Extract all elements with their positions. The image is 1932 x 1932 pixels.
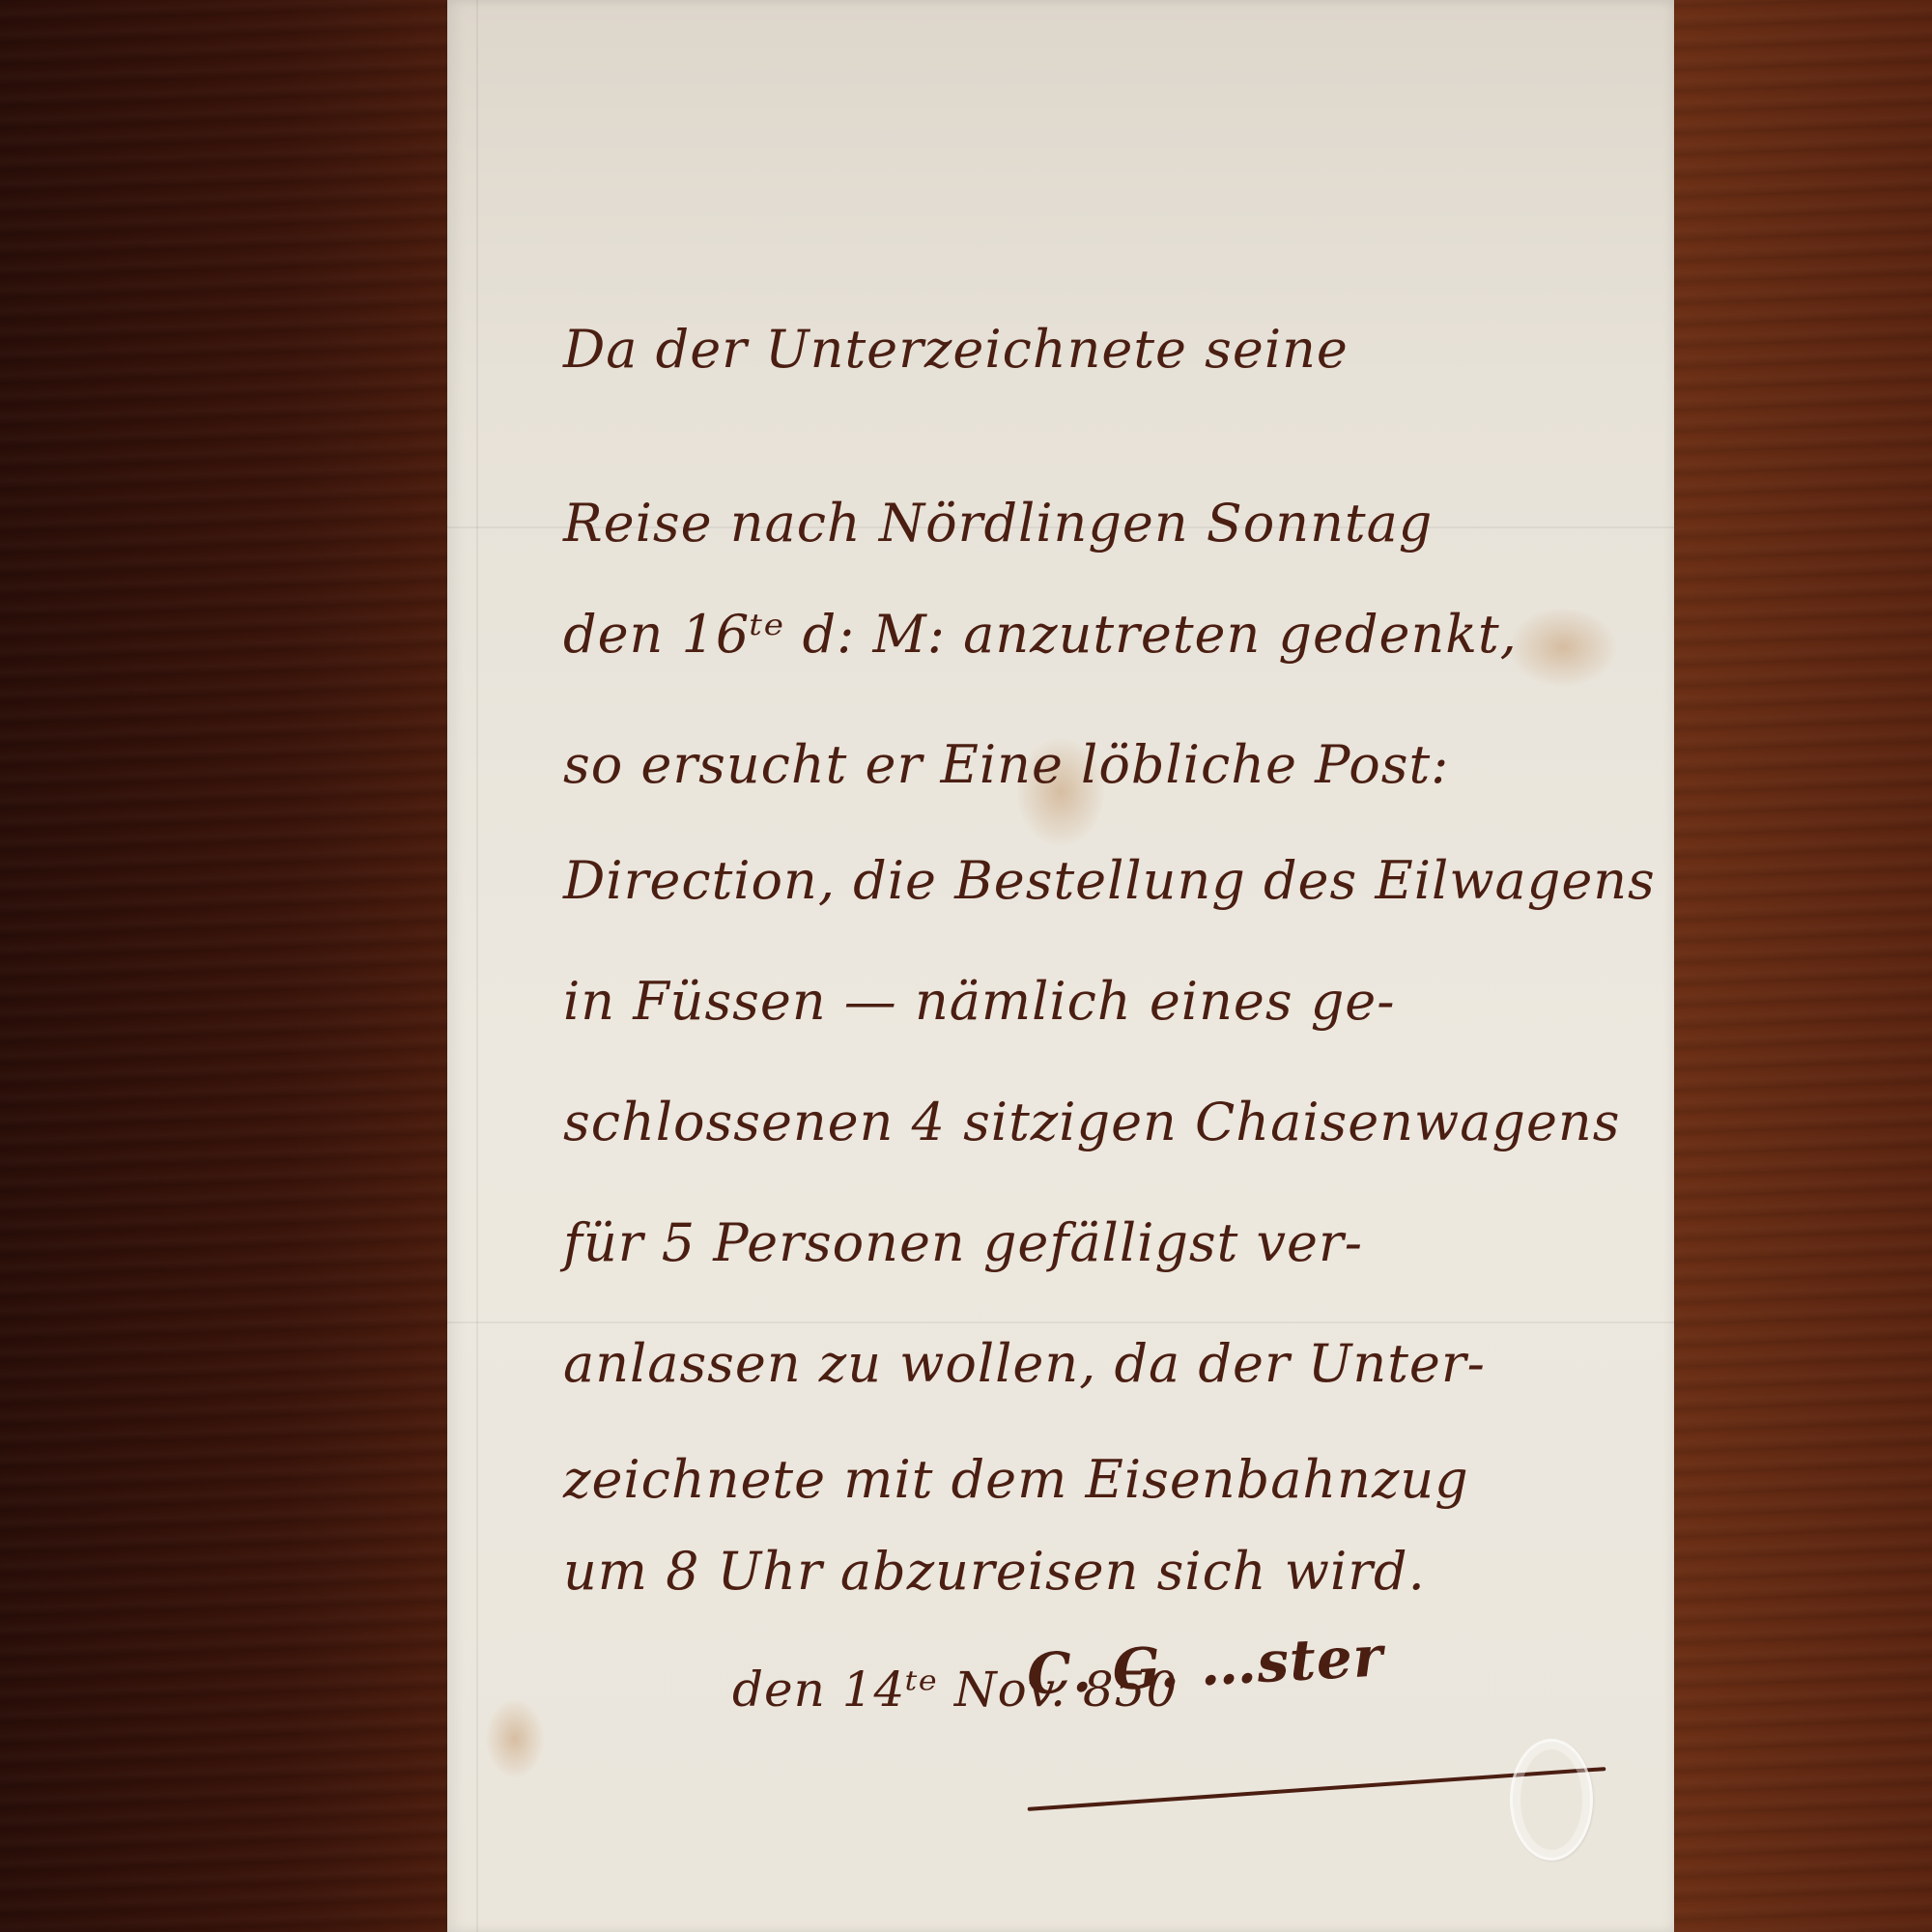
paper-fold-vertical: [476, 0, 478, 1932]
letter-line-11: um 8 Uhr abzureisen sich wird.: [563, 1541, 1426, 1602]
paper-fold-horizontal: [447, 1321, 1674, 1323]
letter-line-10: zeichnete mit dem Eisenbahnzug: [563, 1449, 1469, 1510]
letter-line-9: anlassen zu wollen, da der Unter-: [563, 1333, 1486, 1394]
letter-line-5: Direction, die Bestellung des Eilwagens: [563, 850, 1656, 911]
signature: C. G. …ster: [1025, 1623, 1384, 1707]
letter-paper: Da der Unterzeichnete seine Reise nach N…: [447, 0, 1674, 1932]
letter-line-8: für 5 Personen gefälligst ver-: [563, 1212, 1363, 1273]
letter-line-3: den 16ᵗᵉ d: M: anzutreten gedenkt,: [563, 604, 1518, 665]
ink-stain: [1510, 609, 1616, 686]
letter-line-2: Reise nach Nördlingen Sonntag: [563, 493, 1433, 554]
letter-line-4: so ersucht er Eine löbliche Post:: [563, 734, 1449, 795]
paper-stain: [486, 1700, 544, 1777]
letter-line-1: Da der Unterzeichnete seine: [563, 319, 1349, 380]
letter-line-7: schlossenen 4 sitzigen Chaisenwagens: [563, 1092, 1620, 1152]
embossed-seal-icon: [1510, 1739, 1593, 1861]
letter-line-6: in Füssen — nämlich eines ge-: [563, 971, 1395, 1032]
